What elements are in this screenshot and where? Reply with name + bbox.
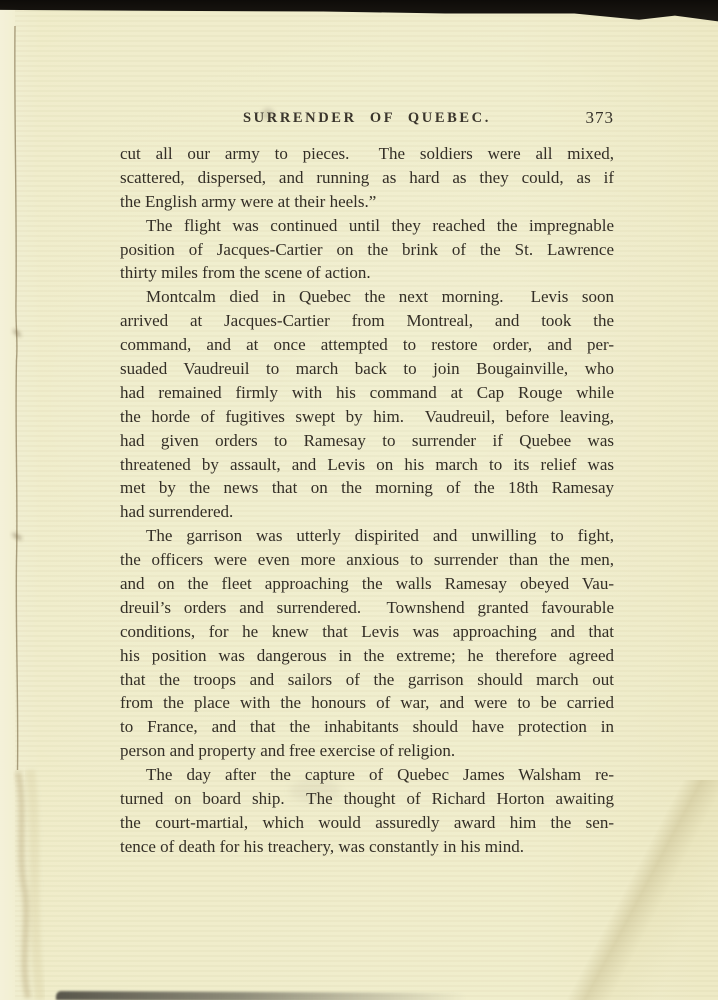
text-line: tence of death for his treachery, was co…	[120, 835, 614, 859]
text-line: had surrendered.	[120, 500, 614, 524]
book-board-bottom-edge	[56, 991, 466, 1000]
running-head: SURRENDER OF QUEBEC. 373	[120, 108, 614, 142]
page-number: 373	[586, 108, 615, 128]
text-line: thirty miles from the scene of action.	[120, 261, 614, 285]
text-line: command, and at once attempted to restor…	[120, 333, 614, 357]
text-line: suaded Vaudreuil to march back to join B…	[120, 357, 614, 381]
text-line: arrived at Jacques-Cartier from Montreal…	[120, 309, 614, 333]
text-line: Montcalm died in Quebec the next morning…	[120, 285, 614, 309]
text-line: person and property and free exercise of…	[120, 739, 614, 763]
text-line: The day after the capture of Quebec Jame…	[120, 763, 614, 787]
text-line: position of Jacques-Cartier on the brink…	[120, 238, 614, 262]
text-line: from the place with the honours of war, …	[120, 691, 614, 715]
text-line: The garrison was utterly dispirited and …	[120, 524, 614, 548]
text-line: his position was dangerous in the extrem…	[120, 644, 614, 668]
text-line: The flight was continued until they reac…	[120, 214, 614, 238]
text-line: the court-martial, which would assuredly…	[120, 811, 614, 835]
text-line: threatened by assault, and Levis on his …	[120, 453, 614, 477]
text-line: turned on board ship. The thought of Ric…	[120, 787, 614, 811]
page-title: SURRENDER OF QUEBEC.	[120, 108, 614, 127]
text-line: conditions, for he knew that Levis was a…	[120, 620, 614, 644]
text-line: cut all our army to pieces. The soldiers…	[120, 142, 614, 166]
text-block: cut all our army to pieces. The soldiers…	[120, 142, 614, 859]
text-line: dreuil’s orders and surrendered. Townshe…	[120, 596, 614, 620]
text-line: had given orders to Ramesay to surrender…	[120, 429, 614, 453]
page-content: SURRENDER OF QUEBEC. 373 cut all our arm…	[120, 108, 614, 859]
text-line: that the troops and sailors of the garri…	[120, 668, 614, 692]
book-page-scan: SURRENDER OF QUEBEC. 373 cut all our arm…	[0, 0, 718, 1000]
text-line: to France, and that the inhabitants shou…	[120, 715, 614, 739]
text-line: the English army were at their heels.”	[120, 190, 614, 214]
text-line: met by the news that on the morning of t…	[120, 476, 614, 500]
text-line: had remained firmly with his command at …	[120, 381, 614, 405]
text-line: the officers were even more anxious to s…	[120, 548, 614, 572]
text-line: and on the fleet approaching the walls R…	[120, 572, 614, 596]
text-line: the horde of fugitives swept by him. Vau…	[120, 405, 614, 429]
text-line: scattered, dispersed, and running as har…	[120, 166, 614, 190]
